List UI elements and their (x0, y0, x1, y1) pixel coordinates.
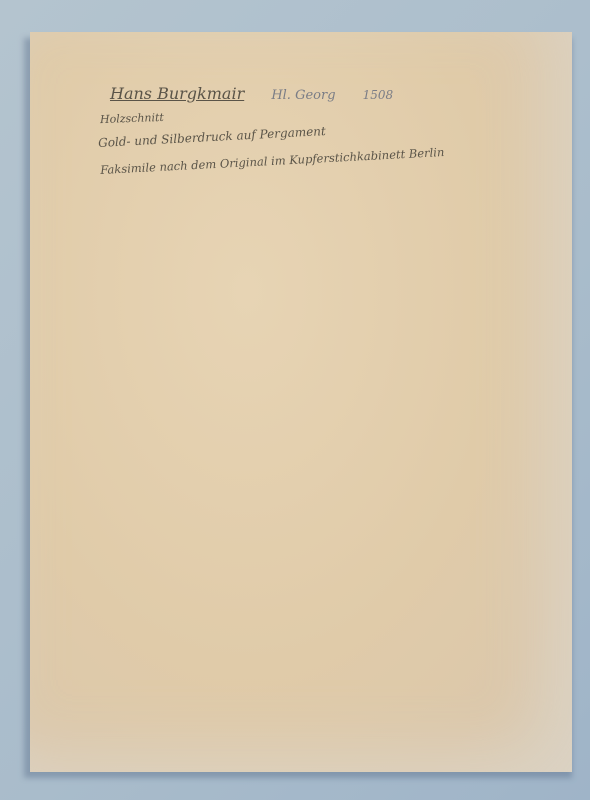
note-line: Faksimile nach dem Original im Kupfersti… (100, 145, 445, 177)
artist-name: Hans Burgkmair (110, 84, 244, 103)
medium-line: Gold- und Silberdruck auf Pergament (98, 124, 326, 150)
paper-sheet: Hans Burgkmair Hl. Georg 1508 Holzschnit… (30, 32, 572, 772)
technique-line: Holzschnitt (100, 111, 164, 126)
artwork-year: 1508 (363, 88, 394, 102)
artwork-title: Hl. Georg (271, 88, 335, 103)
heading-line: Hans Burgkmair Hl. Georg 1508 (110, 84, 393, 103)
